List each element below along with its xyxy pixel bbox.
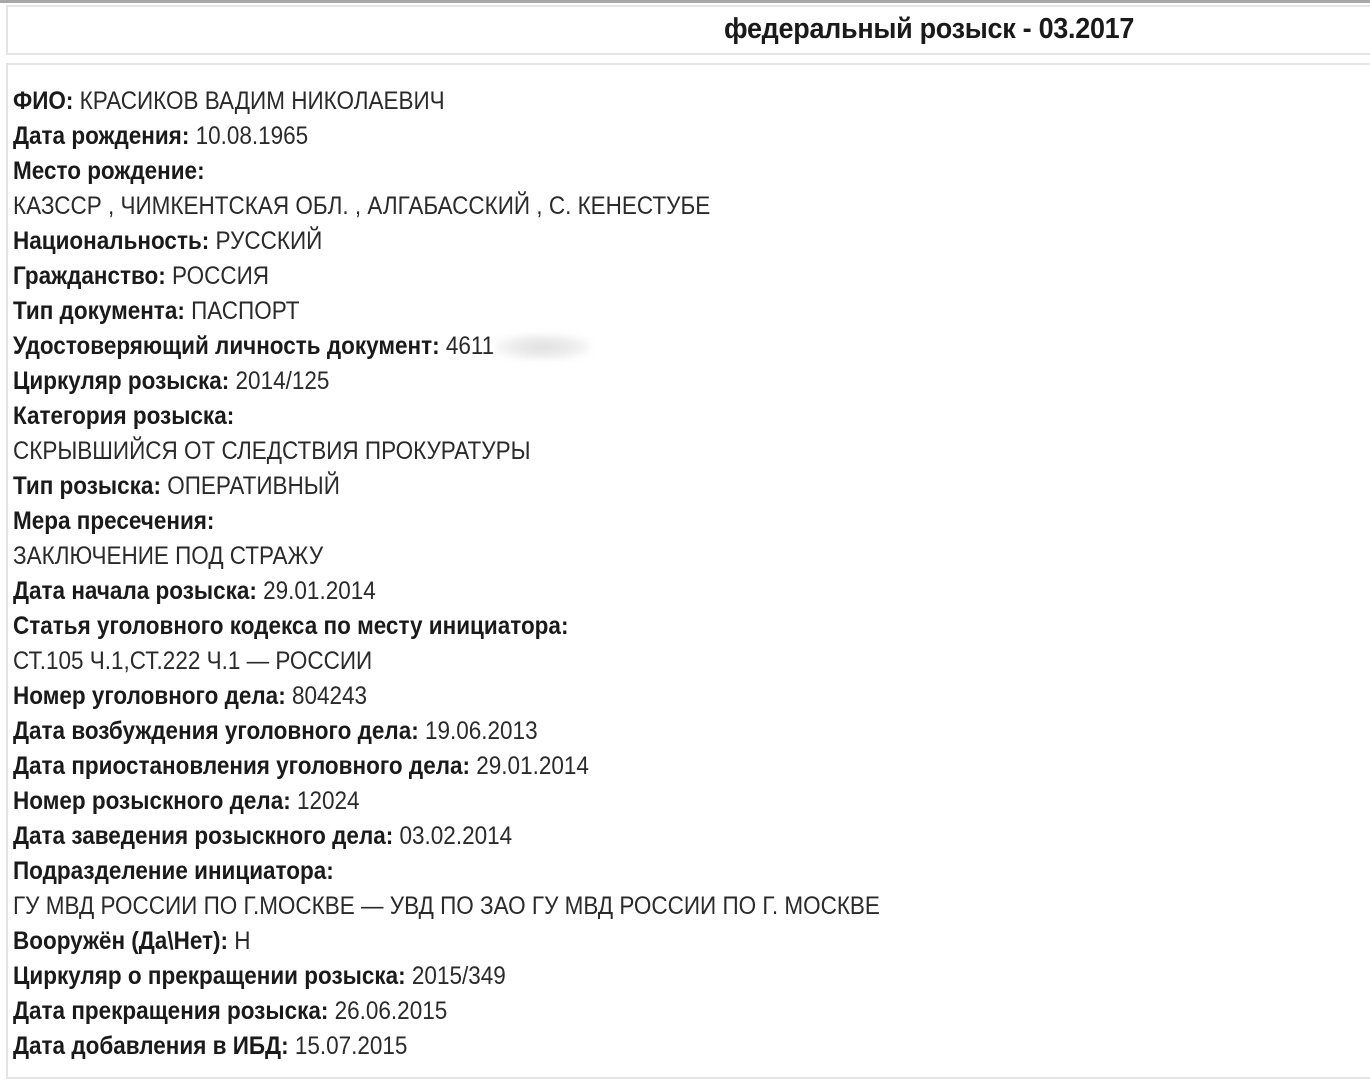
record-fields: ФИО: КРАСИКОВ ВАДИМ НИКОЛАЕВИЧ Дата рожд…	[13, 84, 976, 1064]
field-value: ГУ МВД РОССИИ ПО Г.МОСКВЕ — УВД ПО ЗАО Г…	[13, 892, 880, 920]
field-value: РУССКИЙ	[216, 227, 323, 255]
field-label: Дата прекращения розыска:	[13, 997, 328, 1025]
record-panel: ФИО: КРАСИКОВ ВАДИМ НИКОЛАЕВИЧ Дата рожд…	[6, 63, 1370, 1079]
field-citizenship: Гражданство: РОССИЯ	[13, 259, 880, 294]
page-title: федеральный розыск - 03.2017	[724, 13, 1134, 46]
field-value: ЗАКЛЮЧЕНИЕ ПОД СТРАЖУ	[13, 542, 323, 570]
field-value: 29.01.2014	[263, 577, 376, 605]
field-restraint-measure-value: ЗАКЛЮЧЕНИЕ ПОД СТРАЖУ	[13, 539, 880, 574]
field-search-case-number: Номер розыскного дела: 12024	[13, 784, 880, 819]
field-value: 2015/349	[412, 962, 506, 990]
field-nationality: Национальность: РУССКИЙ	[13, 224, 880, 259]
field-criminal-case-start-date: Дата возбуждения уголовного дела: 19.06.…	[13, 714, 880, 749]
field-label: Гражданство:	[13, 262, 166, 290]
field-ibd-added-date: Дата добавления в ИБД: 15.07.2015	[13, 1029, 880, 1064]
field-label: Циркуляр о прекращении розыска:	[13, 962, 406, 990]
field-value: 29.01.2014	[476, 752, 589, 780]
field-value: 19.06.2013	[425, 717, 538, 745]
field-search-category-value: СКРЫВШИЙСЯ ОТ СЛЕДСТВИЯ ПРОКУРАТУРЫ	[13, 434, 880, 469]
field-label: Дата начала розыска:	[13, 577, 257, 605]
field-criminal-code-article-label: Статья уголовного кодекса по месту иници…	[13, 609, 880, 644]
field-value: 26.06.2015	[335, 997, 448, 1025]
field-armed: Вооружён (Да\Нет): Н	[13, 924, 880, 959]
field-value: 804243	[292, 682, 367, 710]
field-value: КРАСИКОВ ВАДИМ НИКОЛАЕВИЧ	[80, 87, 445, 115]
field-value: 12024	[297, 787, 360, 815]
field-value: 4611	[446, 332, 494, 360]
field-initiator-unit-value: ГУ МВД РОССИИ ПО Г.МОСКВЕ — УВД ПО ЗАО Г…	[13, 889, 880, 924]
field-label: Номер розыскного дела:	[13, 787, 291, 815]
header-panel: федеральный розыск - 03.2017	[6, 5, 1370, 55]
field-search-category-label: Категория розыска:	[13, 399, 880, 434]
field-label: Мера пресечения:	[13, 507, 214, 535]
field-label: Дата рождения:	[13, 122, 189, 150]
field-label: Дата добавления в ИБД:	[13, 1032, 289, 1060]
field-criminal-case-number: Номер уголовного дела: 804243	[13, 679, 880, 714]
field-label: Вооружён (Да\Нет):	[13, 927, 228, 955]
field-label: Удостоверяющий личность документ:	[13, 332, 440, 360]
field-value: 15.07.2015	[295, 1032, 408, 1060]
field-search-type: Тип розыска: ОПЕРАТИВНЫЙ	[13, 469, 880, 504]
field-search-start-date: Дата начала розыска: 29.01.2014	[13, 574, 880, 609]
field-fio: ФИО: КРАСИКОВ ВАДИМ НИКОЛАЕВИЧ	[13, 84, 880, 119]
field-value: 03.02.2014	[400, 822, 513, 850]
field-birth-place-value: КАЗССР , ЧИМКЕНТСКАЯ ОБЛ. , АЛГАБАССКИЙ …	[13, 189, 880, 224]
field-value: 10.08.1965	[196, 122, 309, 150]
field-termination-circular: Циркуляр о прекращении розыска: 2015/349	[13, 959, 880, 994]
field-label: Статья уголовного кодекса по месту иници…	[13, 612, 568, 640]
field-value: Н	[234, 927, 250, 955]
field-value: ОПЕРАТИВНЫЙ	[167, 472, 340, 500]
field-label: Номер уголовного дела:	[13, 682, 286, 710]
field-document-type: Тип документа: ПАСПОРТ	[13, 294, 880, 329]
field-criminal-case-suspend-date: Дата приостановления уголовного дела: 29…	[13, 749, 880, 784]
field-value: 2014/125	[236, 367, 330, 395]
field-label: Подразделение инициатора:	[13, 857, 334, 885]
field-search-circular: Циркуляр розыска: 2014/125	[13, 364, 880, 399]
field-label: ФИО:	[13, 87, 73, 115]
field-criminal-code-article-value: СТ.105 Ч.1,СТ.222 Ч.1 — РОССИИ	[13, 644, 880, 679]
field-value: ПАСПОРТ	[191, 297, 299, 325]
field-search-case-open-date: Дата заведения розыскного дела: 03.02.20…	[13, 819, 880, 854]
top-divider	[0, 0, 1370, 3]
field-label: Дата приостановления уголовного дела:	[13, 752, 470, 780]
field-value: КАЗССР , ЧИМКЕНТСКАЯ ОБЛ. , АЛГАБАССКИЙ …	[13, 192, 710, 220]
field-label: Тип розыска:	[13, 472, 161, 500]
field-value: РОССИЯ	[172, 262, 269, 290]
field-termination-date: Дата прекращения розыска: 26.06.2015	[13, 994, 880, 1029]
redacted-blur	[495, 334, 589, 360]
field-value: СТ.105 Ч.1,СТ.222 Ч.1 — РОССИИ	[13, 647, 372, 675]
field-label: Место рождение:	[13, 157, 205, 185]
field-value: СКРЫВШИЙСЯ ОТ СЛЕДСТВИЯ ПРОКУРАТУРЫ	[13, 437, 531, 465]
field-label: Дата возбуждения уголовного дела:	[13, 717, 419, 745]
field-label: Категория розыска:	[13, 402, 234, 430]
field-initiator-unit-label: Подразделение инициатора:	[13, 854, 880, 889]
field-birth-place-label: Место рождение:	[13, 154, 880, 189]
field-birth-date: Дата рождения: 10.08.1965	[13, 119, 880, 154]
field-label: Тип документа:	[13, 297, 185, 325]
field-id-document: Удостоверяющий личность документ: 4611	[13, 329, 880, 364]
field-label: Циркуляр розыска:	[13, 367, 229, 395]
field-label: Дата заведения розыскного дела:	[13, 822, 393, 850]
field-restraint-measure-label: Мера пресечения:	[13, 504, 880, 539]
field-label: Национальность:	[13, 227, 209, 255]
